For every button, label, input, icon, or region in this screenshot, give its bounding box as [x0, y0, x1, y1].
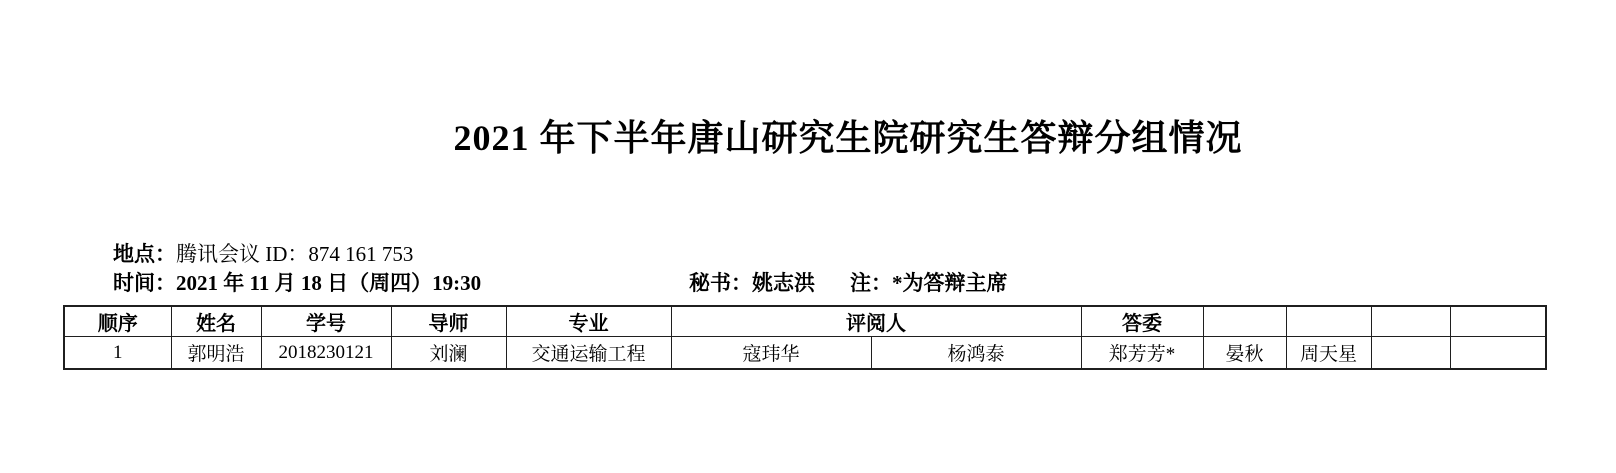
cell-advisor: 刘澜: [391, 337, 506, 370]
table-row: 1 郭明浩 2018230121 刘澜 交通运输工程 寇玮华 杨鸿泰 郑芳芳* …: [64, 337, 1546, 370]
time-line: 时间：2021 年 11 月 18 日（周四）19:30 秘书：姚志洪 注：*为…: [113, 269, 1553, 298]
cell-major: 交通运输工程: [506, 337, 671, 370]
col-header-extra-4: [1450, 306, 1546, 337]
secretary-value: 姚志洪: [752, 271, 815, 295]
cell-order: 1: [64, 337, 171, 370]
time-segment: 时间：2021 年 11 月 18 日（周四）19:30: [113, 271, 481, 295]
cell-extra-1: [1371, 337, 1450, 370]
location-label: 地点：: [113, 242, 176, 266]
note-value: *为答辩主席: [892, 271, 1008, 295]
col-header-advisor: 导师: [391, 306, 506, 337]
secretary-segment: 秘书：姚志洪: [689, 269, 815, 298]
cell-committee-1: 郑芳芳*: [1081, 337, 1203, 370]
col-header-student-id: 学号: [261, 306, 391, 337]
secretary-label: 秘书：: [689, 271, 752, 295]
cell-reviewer-2: 杨鸿泰: [871, 337, 1081, 370]
document-page: 2021 年下半年唐山研究生院研究生答辩分组情况 地点：腾讯会议 ID：874 …: [0, 0, 1616, 473]
page-title: 2021 年下半年唐山研究生院研究生答辩分组情况: [40, 110, 1616, 161]
col-header-committee: 答委: [1081, 306, 1203, 337]
cell-reviewer-1: 寇玮华: [671, 337, 871, 370]
location-line: 地点：腾讯会议 ID：874 161 753: [113, 240, 1553, 269]
defense-group-table: 顺序 姓名 学号 导师 专业 评阅人 答委 1 郭明浩 2018230121 刘…: [63, 305, 1547, 370]
col-header-extra-3: [1371, 306, 1450, 337]
col-header-reviewers: 评阅人: [671, 306, 1081, 337]
col-header-extra-1: [1203, 306, 1286, 337]
col-header-extra-2: [1286, 306, 1371, 337]
meta-block: 地点：腾讯会议 ID：874 161 753 时间：2021 年 11 月 18…: [113, 240, 1553, 298]
location-value: 腾讯会议 ID：874 161 753: [176, 242, 413, 266]
cell-name: 郭明浩: [171, 337, 261, 370]
col-header-order: 顺序: [64, 306, 171, 337]
time-value: 2021 年 11 月 18 日（周四）19:30: [176, 271, 481, 295]
time-label: 时间：: [113, 271, 176, 295]
cell-committee-2: 晏秋: [1203, 337, 1286, 370]
cell-student-id: 2018230121: [261, 337, 391, 370]
col-header-major: 专业: [506, 306, 671, 337]
col-header-name: 姓名: [171, 306, 261, 337]
cell-extra-2: [1450, 337, 1546, 370]
cell-committee-3: 周天星: [1286, 337, 1371, 370]
note-label: 注：: [850, 271, 892, 295]
header-row: 顺序 姓名 学号 导师 专业 评阅人 答委: [64, 306, 1546, 337]
note-segment: 注：*为答辩主席: [850, 269, 1008, 298]
